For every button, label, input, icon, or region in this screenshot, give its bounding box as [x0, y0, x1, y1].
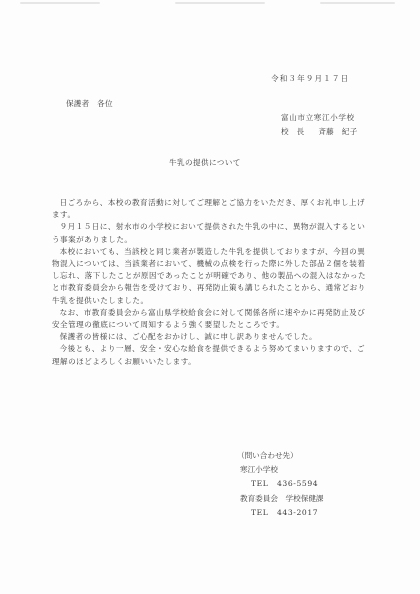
document-title: 牛乳の提供について [169, 157, 241, 168]
scan-artifact [320, 2, 395, 4]
sender-title: 校 長 [281, 126, 304, 137]
letter-body: 日ごろから、本校の教育活動に対してご理解とご協力をいただき、厚くお礼申し上げます… [52, 197, 368, 368]
sender-principal: 校 長斉藤 紀子 [281, 126, 357, 137]
paragraph: 本校においても、当該校と同じ業者が製造した牛乳を提供しておりますが、今回の異物混… [52, 246, 368, 307]
contact-org: 寒江小学校 [237, 463, 324, 477]
tel-number: 443-2017 [277, 508, 318, 517]
letter-date: 令和３年９月１７日 [271, 73, 349, 84]
scan-artifact [20, 2, 100, 4]
addressee: 保護者 各位 [66, 98, 113, 109]
contact-heading: （問い合わせ先） [237, 449, 324, 463]
paragraph: ９月１５日に、射水市の小学校において提供された牛乳の中に、異物が混入するという事… [52, 221, 368, 245]
contact-info: （問い合わせ先） 寒江小学校 TEL436-5594 教育委員会 学校保健課 T… [237, 449, 324, 520]
tel-label: TEL [251, 506, 277, 520]
sender-school: 富山市立寒江小学校 [281, 112, 355, 123]
paragraph: なお、市教育委員会から富山県学校給食会に対して関係各所に速やかに再発防止及び安全… [52, 307, 368, 331]
paragraph: 保護者の皆様には、ご心配をおかけし、誠に申し訳ありませんでした。 [52, 331, 368, 343]
sender-name: 斉藤 紀子 [318, 126, 357, 137]
paragraph: 今後とも、より一層、安全・安心な給食を提供できるよう努めてまいりますので、ご理解… [52, 343, 368, 367]
tel-number: 436-5594 [277, 479, 318, 488]
contact-org: 教育委員会 学校保健課 [237, 492, 324, 506]
scanned-letter-page: 令和３年９月１７日 保護者 各位 富山市立寒江小学校 校 長斉藤 紀子 牛乳の提… [0, 0, 420, 594]
tel-label: TEL [251, 477, 277, 491]
contact-tel: TEL436-5594 [237, 477, 324, 491]
contact-tel: TEL443-2017 [237, 506, 324, 520]
paragraph: 日ごろから、本校の教育活動に対してご理解とご協力をいただき、厚くお礼申し上げます… [52, 197, 368, 221]
scan-artifact [175, 2, 265, 4]
